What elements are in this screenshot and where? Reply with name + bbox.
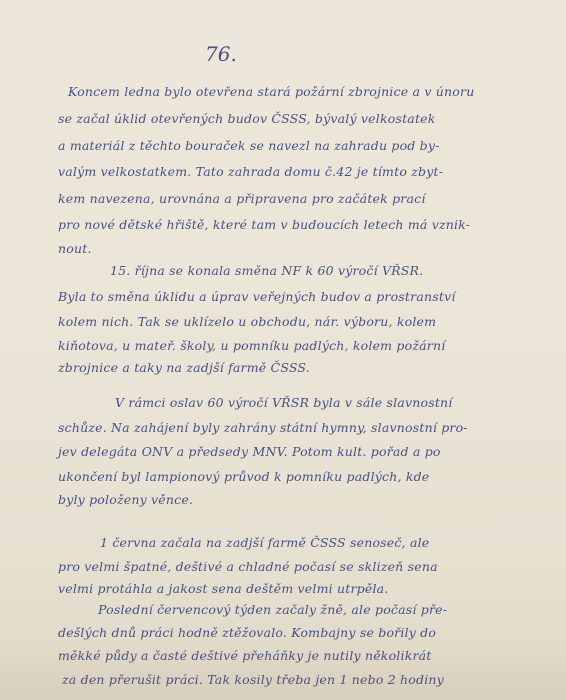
text-line: V rámci oslav 60 výročí VŘSR byla v sále… bbox=[115, 397, 453, 410]
text-line: 1 června začala na zadjší farmě ČSSS sen… bbox=[100, 537, 429, 550]
text-line: dešlých dnů práci hodně ztěžovalo. Komba… bbox=[58, 627, 436, 640]
text-line: zbrojnice a taky na zadjší farmě ČSSS. bbox=[58, 362, 310, 375]
text-line: schůze. Na zahájení byly zahrány státní … bbox=[58, 422, 468, 435]
text-line: se začal úklid otevřených budov ČSSS, bý… bbox=[58, 113, 436, 126]
text-line: kiňotova, u mateř. školy, u pomníku padl… bbox=[58, 340, 445, 353]
handwritten-page: 76. Koncem ledna bylo otevřena stará pož… bbox=[0, 0, 566, 700]
text-line: pro velmi špatné, deštivé a chladné poča… bbox=[58, 561, 438, 574]
text-line: jev delegáta ONV a předsedy MNV. Potom k… bbox=[58, 446, 441, 459]
text-line: a materiál z těchto bouraček se navezl n… bbox=[58, 140, 440, 153]
text-line: za den přerušit práci. Tak kosily třeba … bbox=[62, 674, 444, 687]
text-line: kolem nich. Tak se uklízelo u obchodu, n… bbox=[58, 316, 436, 329]
text-line: měkké půdy a časté deštivé přeháňky je n… bbox=[58, 650, 432, 663]
text-line: kem navezena, urovnána a připravena pro … bbox=[58, 193, 426, 206]
text-line: nout. bbox=[58, 243, 92, 256]
page-number: 76. bbox=[205, 42, 237, 66]
text-line: ukončení byl lampionový průvod k pomníku… bbox=[58, 471, 429, 484]
text-line: pro nové dětské hřiště, které tam v budo… bbox=[58, 219, 470, 232]
text-line: Poslední červencový týden začaly žně, al… bbox=[98, 604, 447, 617]
text-line: valým velkostatkem. Tato zahrada domu č.… bbox=[58, 166, 443, 179]
text-line: 15. října se konala směna NF k 60 výročí… bbox=[110, 265, 423, 278]
text-line: Byla to směna úklidu a úprav veřejných b… bbox=[58, 291, 456, 304]
text-line: velmi protáhla a jakost sena deštěm velm… bbox=[58, 583, 389, 596]
text-line: Koncem ledna bylo otevřena stará požární… bbox=[68, 86, 474, 99]
text-line: byly položeny věnce. bbox=[58, 494, 193, 507]
